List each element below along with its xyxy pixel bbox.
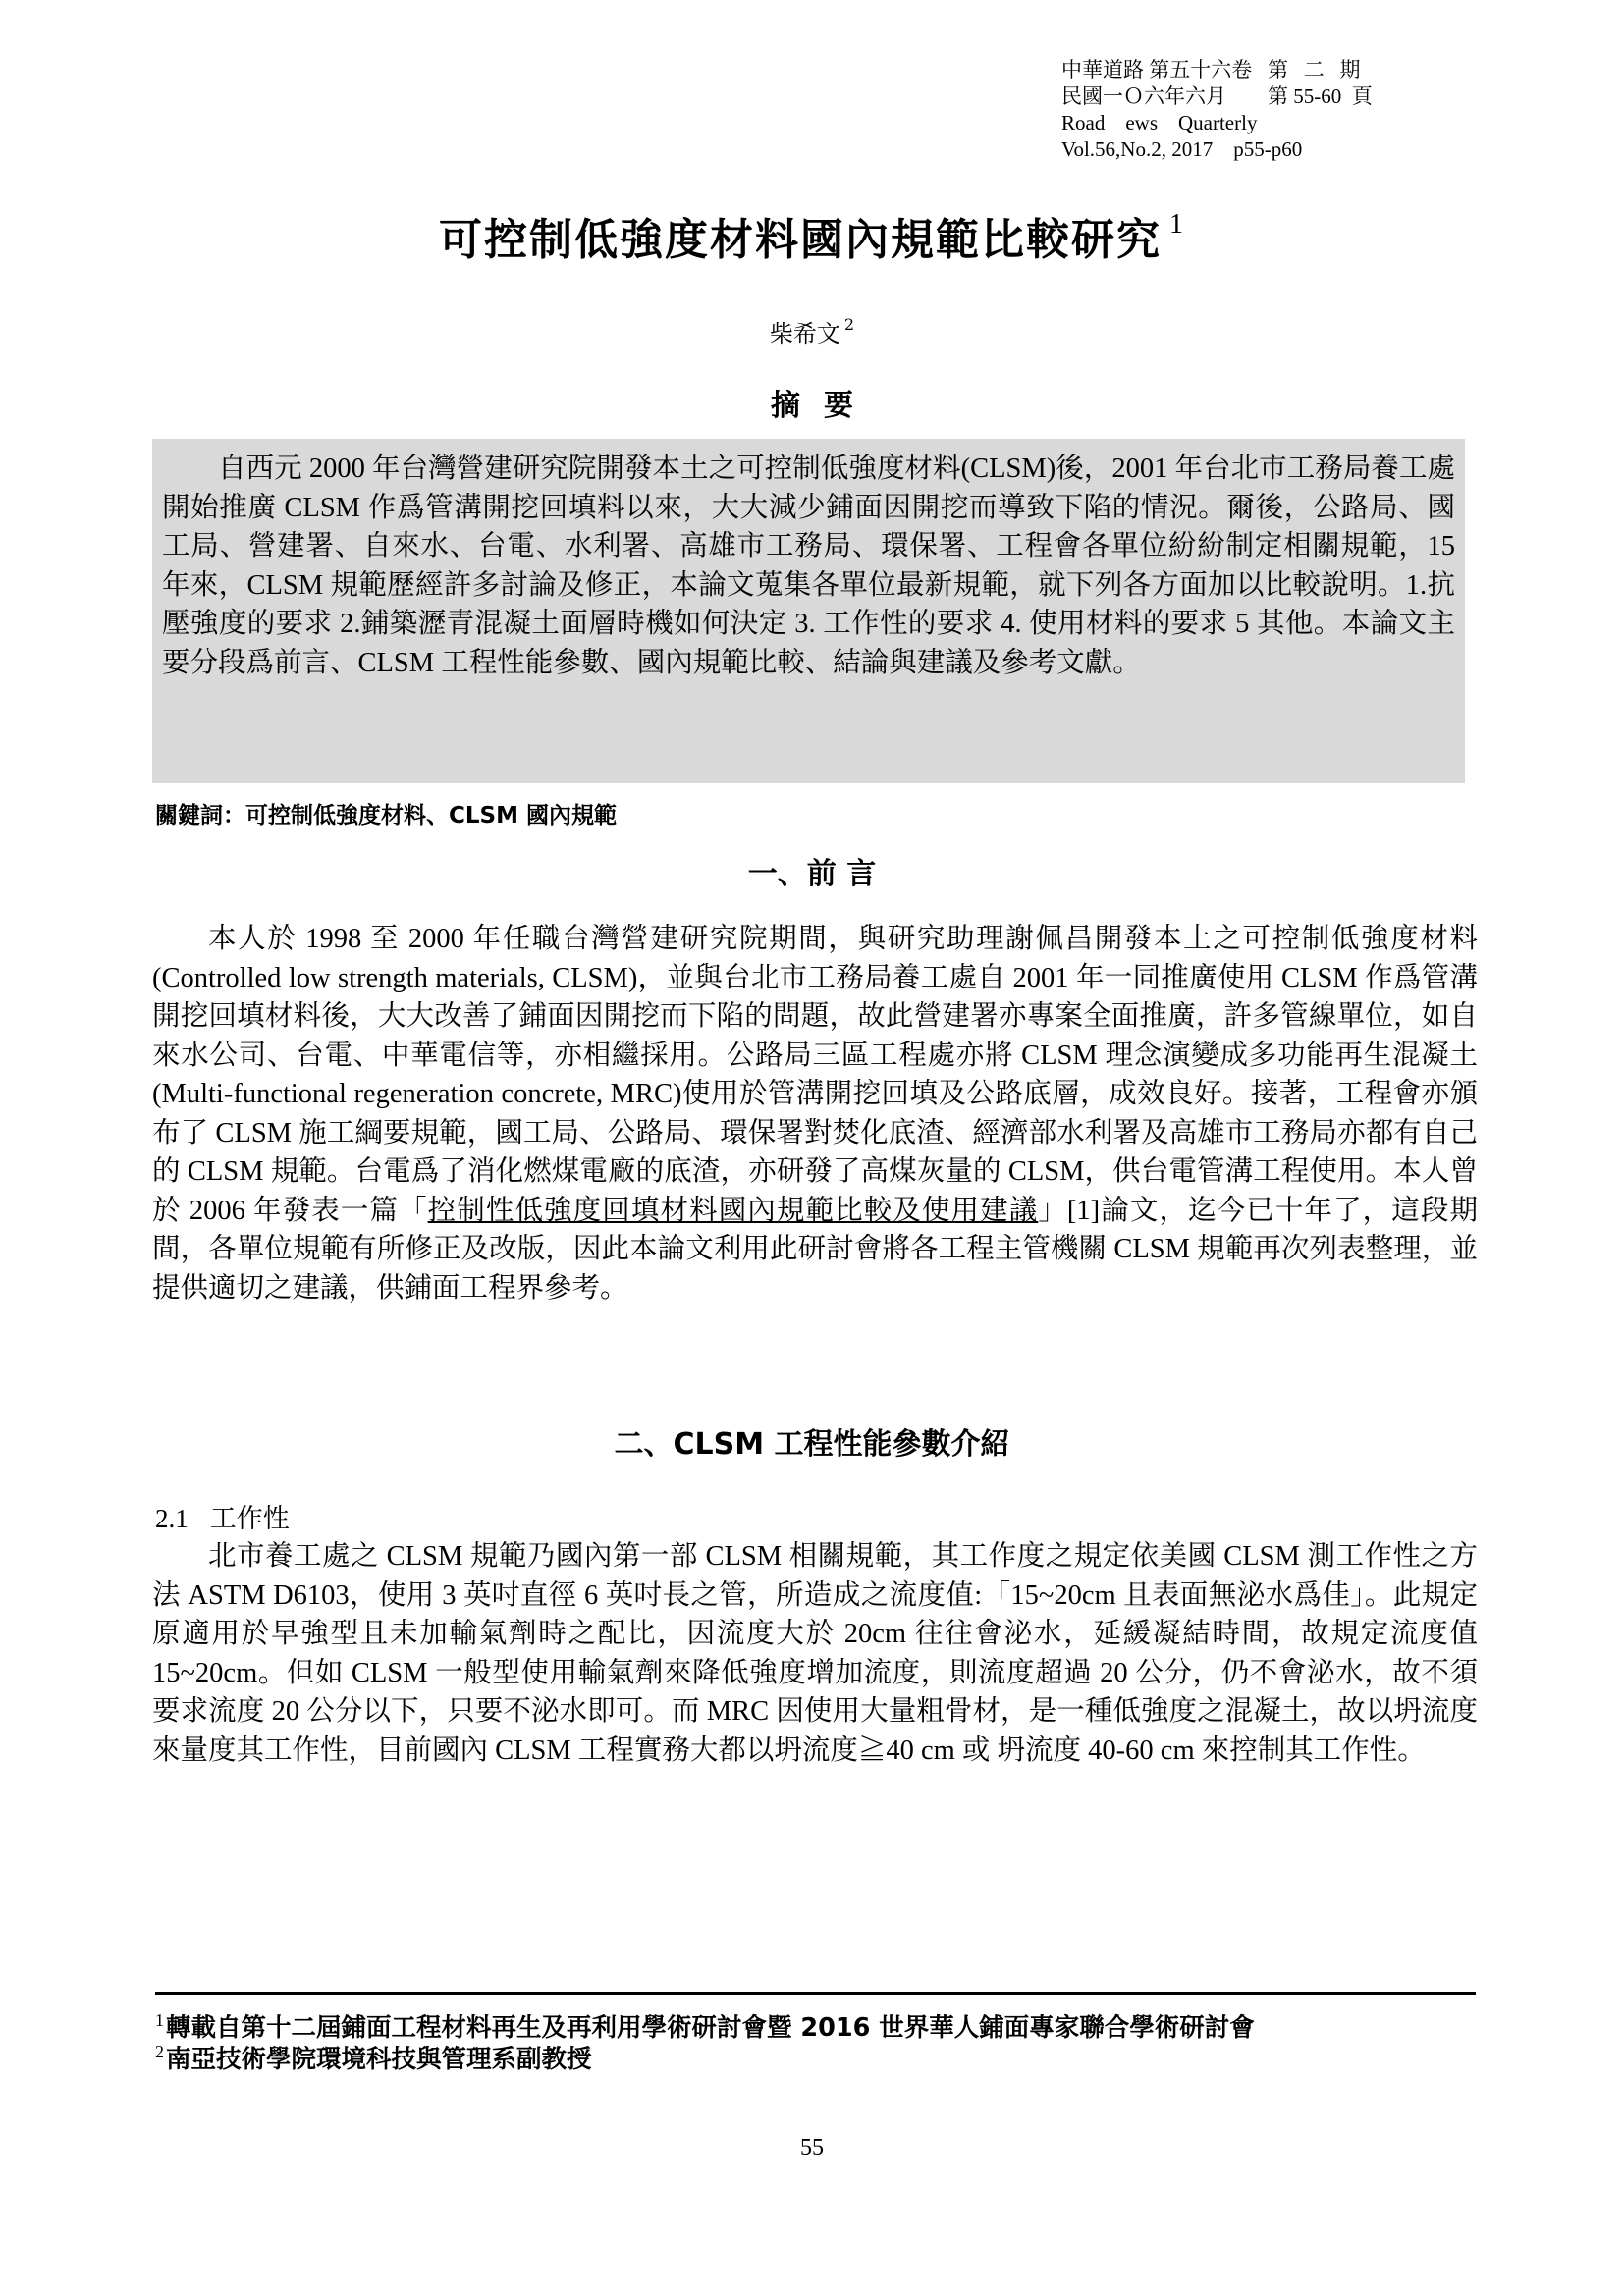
section-1-paragraph: 本人於 1998 至 2000 年任職台灣營建研究院期間，與研究助理謝佩昌開發本…	[152, 920, 1478, 1308]
journal-english-name: Road ews Quarterly	[1061, 110, 1474, 136]
footnote-2-text: 南亞技術學院環境科技與管理系副教授	[166, 2045, 592, 2074]
section-1-text-a: 本人於 1998 至 2000 年任職台灣營建研究院期間，與研究助理謝佩昌開發本…	[152, 924, 1478, 1226]
abstract-box: 自西元 2000 年台灣營建研究院開發本土之可控制低強度材料(CLSM)後，20…	[152, 439, 1465, 783]
footnote-1-mark: 1	[155, 2010, 164, 2030]
cited-paper-title: 控制性低強度回填材料國內規範比較及使用建議	[428, 1196, 1039, 1226]
journal-header: 中華道路 第五十六卷 第 二 期 民國一Ｏ六年六月 第 55-60 頁 Road…	[1061, 57, 1474, 163]
footnote-divider	[155, 1992, 1476, 1995]
section-1-body: 本人於 1998 至 2000 年任職台灣營建研究院期間，與研究助理謝佩昌開發本…	[152, 920, 1478, 1308]
footnote-2-mark: 2	[155, 2042, 164, 2061]
abstract-text: 自西元 2000 年台灣營建研究院開發本土之可控制低強度材料(CLSM)後，20…	[162, 450, 1455, 682]
paper-title-text: 可控制低強度材料國內規範比較研究	[439, 215, 1162, 265]
subsection-number: 2.1	[155, 1504, 189, 1533]
footnote-2: 2南亞技術學院環境科技與管理系副教授	[155, 2037, 592, 2074]
subsection-2-1-body: 北市養工處之 CLSM 規範乃國內第一部 CLSM 相關規範，其工作度之規定依美…	[152, 1537, 1478, 1770]
author-footnote-mark: 2	[844, 315, 854, 334]
title-footnote-mark: 1	[1169, 209, 1185, 240]
subsection-2-1-heading: 2.1工作性	[155, 1497, 290, 1535]
author-name: 柴希文	[770, 320, 840, 347]
keywords: 關鍵詞：可控制低強度材料、CLSM 國內規範	[155, 797, 617, 829]
subsection-2-1-paragraph: 北市養工處之 CLSM 規範乃國內第一部 CLSM 相關規範，其工作度之規定依美…	[152, 1537, 1478, 1770]
journal-date-pages-line: 民國一Ｏ六年六月 第 55-60 頁	[1061, 83, 1474, 110]
page-number: 55	[0, 2135, 1624, 2162]
journal-english-volume: Vol.56,No.2, 2017 p55-p60	[1061, 136, 1474, 163]
section-2-heading: 二、CLSM 工程性能參數介紹	[0, 1419, 1624, 1463]
section-1-heading: 一、前 言	[0, 849, 1624, 892]
paper-title: 可控制低強度材料國內規範比較研究1	[0, 204, 1624, 267]
subsection-title: 工作性	[210, 1504, 290, 1533]
journal-volume-line: 中華道路 第五十六卷 第 二 期	[1061, 57, 1474, 83]
abstract-heading: 摘要	[0, 381, 1624, 424]
author-line: 柴希文2	[0, 314, 1624, 348]
